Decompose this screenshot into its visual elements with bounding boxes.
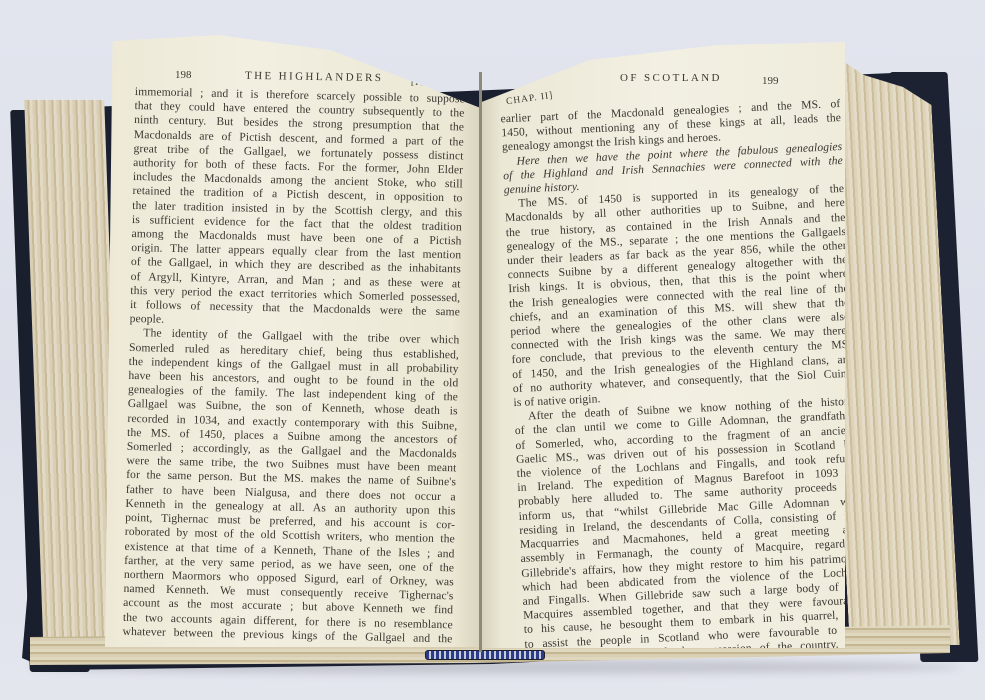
left-page: 198 THE HIGHLANDERS [PART II immemorial … bbox=[105, 35, 482, 647]
right-page-number: 199 bbox=[762, 75, 779, 87]
book-photo: 198 THE HIGHLANDERS [PART II immemorial … bbox=[0, 0, 985, 700]
left-page-number: 198 bbox=[175, 69, 192, 81]
part-marker: [PART II bbox=[411, 78, 454, 91]
left-running-head: THE HIGHLANDERS bbox=[245, 70, 384, 84]
headband bbox=[425, 650, 545, 660]
right-page-body: earlier part of the Macdonald genealogie… bbox=[500, 97, 845, 648]
book-gutter bbox=[479, 72, 482, 652]
chapter-marker: CHAP. II] bbox=[506, 91, 554, 108]
right-page: CHAP. II] OF SCOTLAND 199 earlier part o… bbox=[480, 42, 845, 648]
left-page-body: immemorial ; and it is therefore scarcel… bbox=[122, 85, 464, 646]
right-running-head: OF SCOTLAND bbox=[620, 72, 722, 84]
